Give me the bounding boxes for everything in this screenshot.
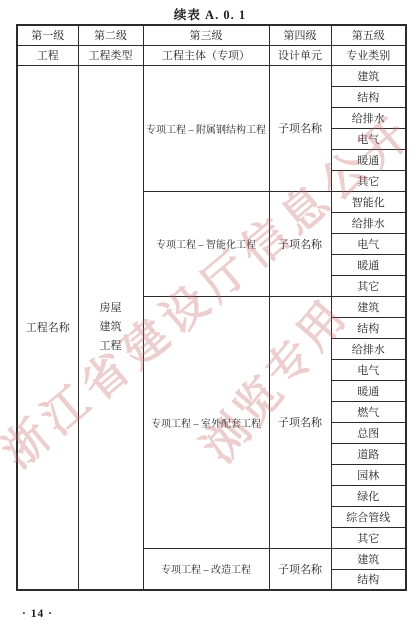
header-design-unit: 设计单元	[269, 45, 331, 65]
header-level2: 第二级	[78, 25, 143, 45]
level1-cell: 工程名称	[17, 65, 78, 590]
level2-line: 工程	[79, 337, 143, 356]
header-project-subject: 工程主体（专项）	[143, 45, 269, 65]
level5-item-cell: 电气	[331, 128, 406, 149]
level2-line: 建筑	[79, 318, 143, 337]
header-specialty: 专业类别	[331, 45, 406, 65]
level5-item-cell: 结构	[331, 86, 406, 107]
page-title: 续表 A. 0. 1	[0, 5, 420, 23]
level4-cell: 子项名称	[269, 296, 331, 548]
level5-item-cell: 结构	[331, 569, 406, 590]
header-row-levels: 第一级 第二级 第三级 第四级 第五级	[17, 25, 406, 45]
level4-cell: 子项名称	[269, 191, 331, 296]
level5-item-cell: 智能化	[331, 191, 406, 212]
level2-cell: 房屋 建筑 工程	[78, 65, 143, 590]
level5-item-cell: 园林	[331, 464, 406, 485]
level5-item-cell: 燃气	[331, 401, 406, 422]
level5-item-cell: 给排水	[331, 107, 406, 128]
level5-item-cell: 电气	[331, 233, 406, 254]
header-project-type: 工程类型	[78, 45, 143, 65]
table-header: 第一级 第二级 第三级 第四级 第五级 工程 工程类型 工程主体（专项） 设计单…	[17, 25, 406, 65]
header-row-categories: 工程 工程类型 工程主体（专项） 设计单元 专业类别	[17, 45, 406, 65]
level2-line: 房屋	[79, 299, 143, 318]
header-level4: 第四级	[269, 25, 331, 45]
level5-item-cell: 其它	[331, 527, 406, 548]
level5-item-cell: 建筑	[331, 296, 406, 317]
level5-item-cell: 其它	[331, 275, 406, 296]
level3-cell: 专项工程 – 智能化工程	[143, 191, 269, 296]
page-number: · 14 ·	[22, 608, 53, 620]
level5-item-cell: 综合管线	[331, 506, 406, 527]
level5-item-cell: 暖通	[331, 149, 406, 170]
level4-cell: 子项名称	[269, 65, 331, 191]
header-level3: 第三级	[143, 25, 269, 45]
level4-cell: 子项名称	[269, 548, 331, 590]
level5-item-cell: 结构	[331, 317, 406, 338]
level3-cell: 专项工程 – 附属钢结构工程	[143, 65, 269, 191]
level5-item-cell: 给排水	[331, 212, 406, 233]
level5-item-cell: 电气	[331, 359, 406, 380]
header-level1: 第一级	[17, 25, 78, 45]
level5-item-cell: 道路	[331, 443, 406, 464]
header-level5: 第五级	[331, 25, 406, 45]
level5-item-cell: 给排水	[331, 338, 406, 359]
table-row: 工程名称 房屋 建筑 工程 专项工程 – 附属钢结构工程 子项名称 建筑	[17, 65, 406, 86]
level5-item-cell: 其它	[331, 170, 406, 191]
level5-item-cell: 建筑	[331, 65, 406, 86]
table-body: 工程名称 房屋 建筑 工程 专项工程 – 附属钢结构工程 子项名称 建筑 结构 …	[17, 65, 406, 590]
level5-item-cell: 建筑	[331, 548, 406, 569]
level3-cell: 专项工程 – 室外配套工程	[143, 296, 269, 548]
header-project: 工程	[17, 45, 78, 65]
level5-item-cell: 总图	[331, 422, 406, 443]
level3-cell: 专项工程 – 改造工程	[143, 548, 269, 590]
level5-item-cell: 绿化	[331, 485, 406, 506]
level5-item-cell: 暖通	[331, 254, 406, 275]
level5-item-cell: 暖通	[331, 380, 406, 401]
classification-table: 第一级 第二级 第三级 第四级 第五级 工程 工程类型 工程主体（专项） 设计单…	[16, 24, 407, 591]
